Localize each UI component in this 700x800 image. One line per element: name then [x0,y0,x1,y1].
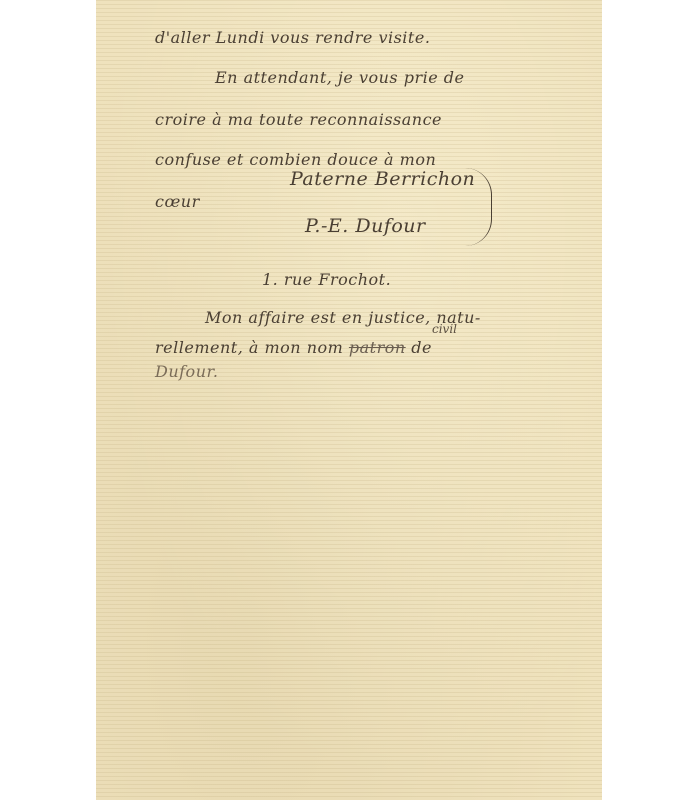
address-line: 1. rue Frochot. [262,270,391,289]
postscript-text: rellement, à mon nom [155,338,343,357]
postscript-text-de: de [411,338,432,357]
letter-line-2: En attendant, je vous prie de [215,68,465,87]
signature-pseudonym: Paterne Berrichon [290,168,475,190]
inserted-word: civil [432,322,457,336]
letter-line-4: confuse et combien douce à mon [155,150,436,169]
signature-name: P.-E. Dufour [305,215,426,237]
letter-line-1: d'aller Lundi vous rendre visite. [155,28,430,47]
letter-line-5: cœur [155,192,200,211]
struck-word: patron [349,338,406,357]
letter-line-3: croire à ma toute reconnaissance [155,110,442,129]
postscript-line-3: Dufour. [155,362,218,381]
postscript-line-2: rellement, à mon nom patron de [155,338,432,357]
